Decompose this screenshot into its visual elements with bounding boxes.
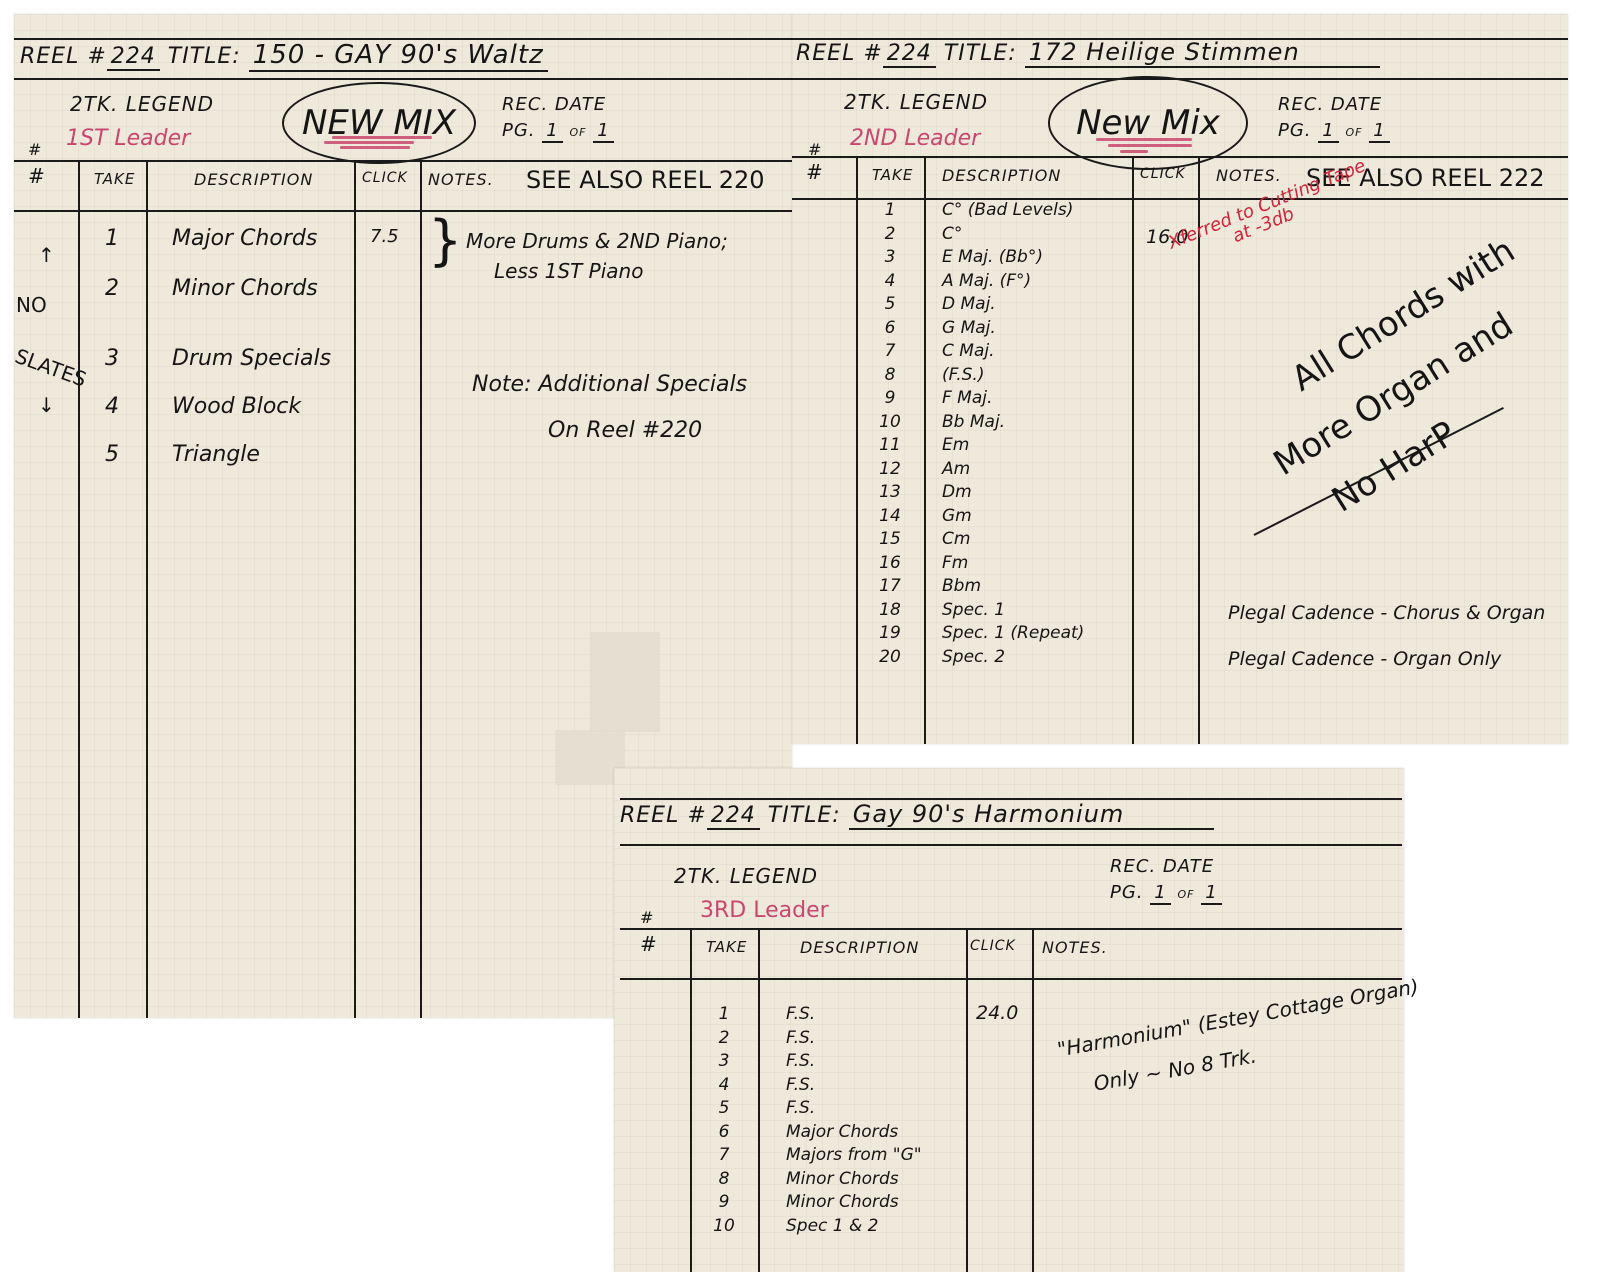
take-number: 5 [92,442,132,467]
page-number: 1 [542,120,562,143]
no-text: NO [16,280,90,330]
take-description: Gm [942,506,972,526]
take-number: 10 [870,412,910,432]
hash-label: # [28,140,42,159]
take-description: Spec. 1 [942,600,1005,620]
col-notes-header: NOTES. [428,170,494,189]
take-number: 6 [870,318,910,338]
take-number: 3 [92,346,132,371]
take-number: 19 [870,623,910,643]
col-num-header: # [806,160,824,184]
reel-label: REEL # [20,44,107,69]
take-description: Bb Maj. [942,412,1005,432]
take-description: Fm [942,553,968,573]
take-number: 2 [704,1028,744,1048]
sheet-title: 150 - GAY 90's Waltz [249,40,548,72]
all-chords-note: All Chords with More Organ and No HarP [1228,221,1593,545]
reel-number: 224 [883,41,936,68]
take-description: G Maj. [942,318,996,338]
take-description: Minor Chords [172,276,318,301]
take-number: 6 [704,1122,744,1142]
additional-line-1: Note: Additional Specials [472,362,747,408]
reel-header: REEL #224 TITLE: 150 - GAY 90's Waltz [20,40,548,70]
legend-label: 2TK. LEGEND [844,90,988,114]
take-number: 12 [870,459,910,479]
take-number: 8 [870,365,910,385]
reel-label: REEL # [620,803,707,828]
take-description: Spec. 1 (Repeat) [942,623,1084,643]
title-label: TITLE: [768,803,841,828]
leader-label: 1ST Leader [66,126,190,151]
take-description: Bbm [942,576,981,596]
take-number: 18 [870,600,910,620]
col-num-header: # [28,164,46,188]
plagal-note-1: Plegal Cadence - Chorus & Organ [1228,602,1545,624]
take-number: 9 [870,388,910,408]
page-label: PG. [1278,120,1312,141]
leader-label: 2ND Leader [850,126,980,151]
take-number: 11 [870,435,910,455]
take-description: F.S. [786,1051,815,1071]
page-of: OF [1345,126,1362,139]
take-number: 8 [704,1169,744,1189]
col-click-header: CLICK [362,170,408,186]
col-description-header: DESCRIPTION [800,938,919,957]
legend-label: 2TK. LEGEND [70,92,214,116]
take-description: Am [942,459,970,479]
col-click-header: CLICK [970,938,1016,954]
bracket-note-line-1: More Drums & 2ND Piano; [436,226,728,256]
take-description: C° [942,224,962,244]
take-number: 4 [92,394,132,419]
col-description-header: DESCRIPTION [194,170,313,189]
sheet-2: REEL #224 TITLE: 172 Heilige Stimmen 2TK… [792,14,1568,744]
take-number: 13 [870,482,910,502]
take-description: F Maj. [942,388,992,408]
take-description: Majors from "G" [786,1145,922,1165]
sheet-title: 172 Heilige Stimmen [1025,38,1380,68]
col-take-header: TAKE [94,170,135,188]
take-number: 7 [870,341,910,361]
click-value: 7.5 [370,226,399,247]
page-indicator: PG. 1 OF 1 [502,120,614,141]
additional-specials-note: Note: Additional Specials On Reel #220 [472,362,747,454]
take-number: 15 [870,529,910,549]
title-label: TITLE: [944,41,1017,66]
take-number: 2 [870,224,910,244]
take-description: Spec. 2 [942,647,1005,667]
page-number: 1 [1318,120,1338,143]
col-notes-header: NOTES. [1216,166,1282,185]
take-number: 5 [870,294,910,314]
harmonium-note: "Harmonium" (Estey Cottage Organ) Only ~… [1054,966,1429,1108]
bracket-note-line-2: Less 1ST Piano [436,256,728,286]
take-description: C Maj. [942,341,995,361]
page-total: 1 [1201,882,1221,905]
page-indicator: PG. 1 OF 1 [1110,882,1222,903]
sheet-title: Gay 90's Harmonium [849,800,1215,830]
take-description: Cm [942,529,970,549]
new-mix-text: New Mix [1076,103,1220,143]
take-number: 4 [704,1075,744,1095]
rec-date-label: REC. DATE [1278,94,1382,115]
take-description: Drum Specials [172,346,331,371]
title-label: TITLE: [168,44,241,69]
page-label: PG. [502,120,536,141]
take-description: D Maj. [942,294,996,314]
take-number: 1 [92,226,132,251]
take-description: F.S. [786,1098,815,1118]
no-slates-note: ↑ NO SLATES ↓ [16,230,90,430]
rec-date-label: REC. DATE [1110,856,1214,877]
reel-number: 224 [707,803,760,830]
tape-strip [590,632,660,732]
col-click-header: CLICK [1140,166,1186,182]
new-mix-badge: NEW MIX [282,82,476,164]
plagal-note-2: Plegal Cadence - Organ Only [1228,648,1501,670]
take-description: Dm [942,482,972,502]
click-value: 24.0 [976,1002,1018,1024]
take-number: 10 [704,1216,744,1236]
take-number: 20 [870,647,910,667]
page-number: 1 [1150,882,1170,905]
sheet-3: REEL #224 TITLE: Gay 90's Harmonium 2TK.… [614,768,1404,1272]
take-number: 7 [704,1145,744,1165]
page-label: PG. [1110,882,1144,903]
bracket-note: } More Drums & 2ND Piano; Less 1ST Piano [436,226,728,286]
take-number: 1 [704,1004,744,1024]
page-of: OF [569,126,586,139]
reel-header: REEL #224 TITLE: Gay 90's Harmonium [620,800,1214,828]
take-description: Minor Chords [786,1169,899,1189]
additional-line-2: On Reel #220 [472,408,747,454]
col-take-header: TAKE [872,166,913,184]
take-number: 3 [870,247,910,267]
take-number: 14 [870,506,910,526]
col-take-header: TAKE [706,938,747,956]
col-description-header: DESCRIPTION [942,166,1061,185]
rec-date-label: REC. DATE [502,94,606,115]
take-description: A Maj. (F°) [942,271,1031,291]
reel-header: REEL #224 TITLE: 172 Heilige Stimmen [796,38,1380,66]
col-notes-header: NOTES. [1042,938,1108,957]
take-number: 2 [92,276,132,301]
take-description: Major Chords [172,226,317,251]
page-of: OF [1177,888,1194,901]
take-description: F.S. [786,1028,815,1048]
col-num-header: # [640,932,658,956]
take-description: Wood Block [172,394,301,419]
take-number: 3 [704,1051,744,1071]
reel-label: REEL # [796,41,883,66]
take-description: E Maj. (Bb°) [942,247,1043,267]
take-number: 5 [704,1098,744,1118]
take-number: 1 [870,200,910,220]
take-description: Em [942,435,969,455]
take-description: F.S. [786,1004,815,1024]
page-total: 1 [1369,120,1389,143]
legend-label: 2TK. LEGEND [674,864,818,888]
leader-label: 3RD Leader [700,898,829,923]
see-also-reel: SEE ALSO REEL 220 [526,166,765,194]
take-description: C° (Bad Levels) [942,200,1073,220]
page-total: 1 [593,120,613,143]
reel-number: 224 [107,44,160,71]
take-description: Minor Chords [786,1192,899,1212]
take-number: 17 [870,576,910,596]
take-description: Major Chords [786,1122,898,1142]
take-description: Triangle [172,442,260,467]
hash-label: # [640,908,654,927]
take-description: (F.S.) [942,365,984,385]
take-number: 9 [704,1192,744,1212]
take-description: Spec 1 & 2 [786,1216,879,1236]
page-indicator: PG. 1 OF 1 [1278,120,1390,141]
take-description: F.S. [786,1075,815,1095]
take-number: 4 [870,271,910,291]
take-number: 16 [870,553,910,573]
